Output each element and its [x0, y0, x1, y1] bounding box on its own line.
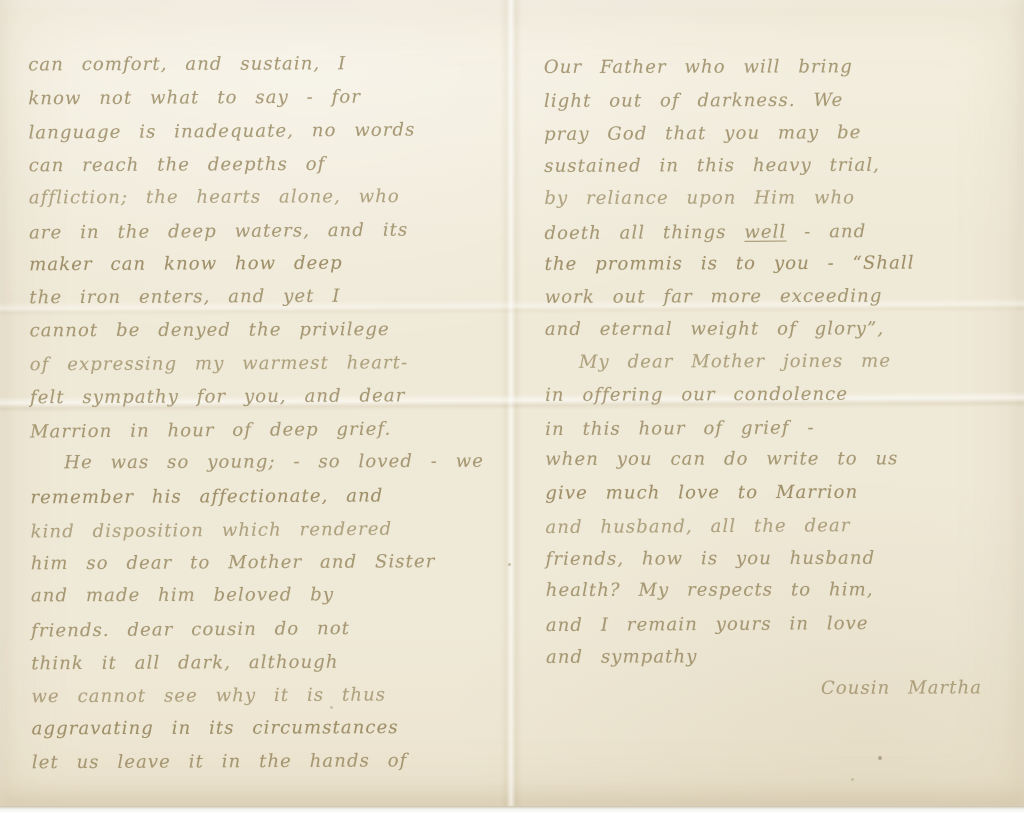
- paper-speck: [878, 756, 882, 760]
- line-segment: He was so young; - so loved - we: [64, 451, 484, 473]
- letter-line: of expressing my warmest heart-: [30, 346, 516, 382]
- letter-line: are in the deep waters, and its: [29, 213, 515, 250]
- letter-line: Cousin Martha: [546, 673, 1016, 707]
- paper-speck: [851, 778, 854, 781]
- line-segment: by reliance upon Him who: [544, 187, 855, 209]
- letter-line: My dear Mother joines me: [545, 346, 1015, 380]
- line-segment: give much love to Marrion: [545, 482, 858, 504]
- letter-line: work out far more exceeding: [545, 280, 1015, 314]
- letter-line: and husband, all the dear: [545, 509, 1015, 545]
- letter-line: and made him beloved by: [31, 578, 517, 613]
- letter-line: can comfort, and sustain, I: [28, 47, 514, 82]
- left-page-text: can comfort, and sustain, Iknow not what…: [28, 47, 518, 780]
- line-segment: doeth all things: [544, 221, 744, 243]
- line-segment: affliction; the hearts alone, who: [29, 186, 400, 208]
- letter-paper: can comfort, and sustain, Iknow not what…: [0, 0, 1024, 806]
- line-segment: My dear Mother joines me: [579, 351, 891, 373]
- scanner-bed-edge: [0, 806, 1024, 813]
- line-segment: work out far more exceeding: [545, 286, 883, 308]
- line-segment: in offering our condolence: [545, 384, 848, 406]
- line-segment: pray God that you may be: [544, 123, 861, 146]
- letter-line: the iron enters, and yet I: [29, 279, 515, 315]
- letter-line: aggravating in its circumstances: [32, 711, 518, 746]
- letter-line: let us leave it in the hands of: [32, 744, 518, 780]
- letter-line: pray God that you may be: [544, 117, 1014, 153]
- letter-page-left: can comfort, and sustain, Iknow not what…: [28, 47, 518, 780]
- letter-line: know not what to say - for: [28, 80, 514, 116]
- letter-line: think it all dark, although: [31, 644, 517, 680]
- letter-line: He was so young; - so loved - we: [30, 445, 516, 480]
- letter-line: affliction; the hearts alone, who: [29, 179, 515, 214]
- letter-line: by reliance upon Him who: [544, 182, 1014, 216]
- line-segment: the prommis is to you - “Shall: [545, 253, 915, 275]
- right-page-text: Our Father who will bringlight out of da…: [544, 51, 1016, 707]
- letter-line: remember his affectionate, and: [30, 478, 516, 514]
- letter-line: friends, how is you husband: [546, 542, 1016, 576]
- line-segment: maker can know how deep: [29, 253, 343, 276]
- letter-line: Marrion in hour of deep grief.: [30, 412, 516, 449]
- line-segment: the iron enters, and yet I: [29, 286, 340, 309]
- line-segment: when you can do write to us: [545, 449, 898, 471]
- letter-line: give much love to Marrion: [545, 476, 1015, 510]
- letter-line: health? My respects to him,: [546, 574, 1016, 608]
- letter-line: can reach the deepths of: [29, 146, 515, 182]
- line-segment: can reach the deepths of: [29, 153, 326, 176]
- letter-line: the prommis is to you - “Shall: [545, 247, 1015, 281]
- underlined-word: well: [744, 221, 786, 242]
- letter-page-right: Our Father who will bringlight out of da…: [544, 51, 1016, 707]
- line-segment: - and: [786, 221, 866, 242]
- line-segment: Cousin Martha: [821, 678, 982, 700]
- line-segment: and made him beloved by: [31, 585, 334, 607]
- letter-line: we cannot see why it is thus: [31, 678, 517, 714]
- letter-line: and I remain yours in love: [546, 607, 1016, 643]
- line-segment: remember his affectionate, and: [30, 485, 383, 508]
- line-segment: are in the deep waters, and its: [29, 220, 408, 244]
- line-segment: think it all dark, although: [31, 651, 338, 674]
- line-segment: health? My respects to him,: [546, 580, 874, 602]
- line-segment: cannot be denyed the privilege: [30, 319, 390, 341]
- letter-line: language is inadequate, no words: [28, 113, 514, 150]
- letter-line: felt sympathy for you, and dear: [30, 379, 516, 415]
- letter-line: him so dear to Mother and Sister: [31, 545, 517, 581]
- line-segment: and husband, all the dear: [545, 515, 850, 538]
- letter-line: cannot be denyed the privilege: [30, 312, 516, 347]
- line-segment: Our Father who will bring: [544, 56, 853, 78]
- line-segment: of expressing my warmest heart-: [30, 352, 409, 375]
- line-segment: language is inadequate, no words: [28, 120, 415, 144]
- line-segment: aggravating in its circumstances: [32, 717, 399, 739]
- line-segment: him so dear to Mother and Sister: [31, 551, 436, 574]
- letter-line: sustained in this heavy trial,: [544, 149, 1014, 183]
- letter-line: maker can know how deep: [29, 246, 515, 282]
- line-segment: we cannot see why it is thus: [31, 684, 386, 707]
- letter-line: and eternal weight of glory”,: [545, 313, 1015, 347]
- line-segment: can comfort, and sustain, I: [28, 53, 346, 75]
- letter-line: when you can do write to us: [545, 444, 1015, 478]
- letter-line: and sympathy: [546, 640, 1016, 674]
- line-segment: and eternal weight of glory”,: [545, 318, 884, 340]
- line-segment: let us leave it in the hands of: [32, 751, 408, 774]
- line-segment: friends. dear cousin do not: [31, 618, 350, 642]
- line-segment: know not what to say - for: [28, 87, 361, 110]
- letter-line: light out of darkness. We: [544, 84, 1014, 118]
- line-segment: friends, how is you husband: [546, 547, 876, 569]
- line-segment: felt sympathy for you, and dear: [30, 385, 406, 408]
- line-segment: light out of darkness. We: [544, 89, 843, 111]
- line-segment: kind disposition which rendered: [31, 519, 393, 543]
- letter-line: in offering our condolence: [545, 378, 1015, 412]
- line-segment: and I remain yours in love: [546, 613, 869, 636]
- scanned-letter: can comfort, and sustain, Iknow not what…: [0, 0, 1024, 813]
- line-segment: Marrion in hour of deep grief.: [30, 419, 391, 443]
- letter-line: kind disposition which rendered: [30, 512, 516, 549]
- line-segment: and sympathy: [546, 646, 698, 668]
- line-segment: in this hour of grief -: [545, 417, 815, 440]
- letter-line: doeth all things well - and: [544, 215, 1014, 251]
- line-segment: sustained in this heavy trial,: [544, 155, 880, 177]
- letter-line: in this hour of grief -: [545, 411, 1015, 447]
- letter-line: Our Father who will bring: [544, 51, 1014, 85]
- letter-line: friends. dear cousin do not: [31, 611, 517, 648]
